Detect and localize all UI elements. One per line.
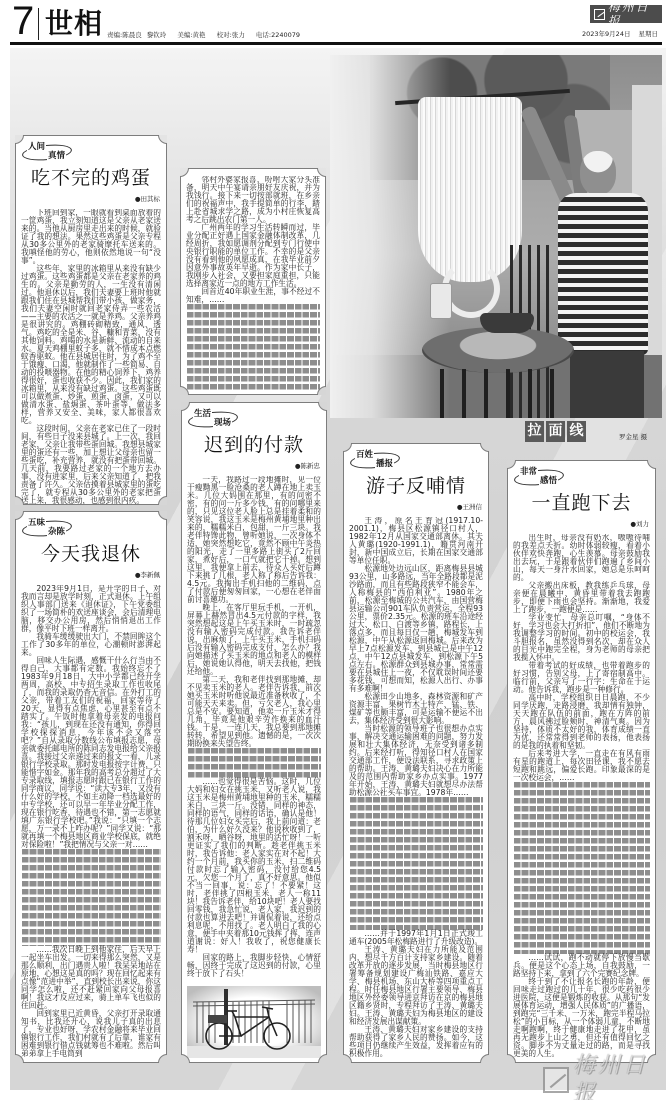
page-number: 7 — [12, 1, 34, 41]
article-retire[interactable]: 五味 杂陈 今天我退休 ●李新佩 2023年9月1日，是开学的日子，对我而言却是… — [15, 511, 167, 1063]
paragraph: 父亲搬出床板，教我练乒乓球，母亲便在晨曦中、黄昏里带着我去跑跑步，即便下雨也会坚… — [513, 582, 650, 614]
issue-date: 2023年9月24日 星期日 — [582, 30, 658, 38]
article-author: ●刘力 — [508, 520, 649, 529]
article-title: 一直跑下去 — [508, 492, 655, 514]
newspaper-watermark: 梅州日报 — [543, 1052, 672, 1100]
article-body: 一天，我路过一段地摊时，见一位干瘦黝黑一脸沧桑的老人蹲在地上卖玉米。几位大妈围在… — [182, 476, 326, 1062]
paragraph: 学业变忙，母亲总叮嘱，“身体不好，学习也会大打折扣”，他们不断地为我调整学习的时… — [513, 614, 650, 662]
paragraph: 高中时，学校组织日日晨跑，不少同学厌跑，走路浸磨，我却情有独钟，天天跑在队伍的前… — [513, 694, 650, 750]
photo-jug — [430, 283, 452, 319]
column-label: 人间 真情 — [22, 142, 76, 162]
paragraph: 王涛，原名王育冠(1917.10-2001.1)，梅县区松源镇径口村人，1982… — [349, 517, 483, 565]
article-body: 邻村外婆家报喜，吩咐大家分头准备，明天中午宴请亲朋好友庆祝，并为我饯行。接下来一… — [181, 176, 325, 394]
logo-text: 梅州日报 — [608, 0, 662, 28]
illegible-text — [187, 748, 321, 778]
paragraph: 这些年，家里的冰箱里从来没有缺少过鸡蛋。这些鸡蛋都是父亲在老家养的鸡生的。父亲是… — [21, 265, 161, 425]
paragraph: 2023年9月1日，是开学的日子，对我而言却是放学时刻，正式退休。上午组织人事部… — [21, 585, 161, 633]
article-title: 游子反哺情 — [344, 475, 488, 497]
illegible-text — [349, 797, 483, 930]
bicycle-photo — [187, 986, 321, 1058]
article-body: 出生时，母亲没有奶水，嗷嗷待哺的我差点夭折。幼时体弱较瘦，看着小伙伴欢快奔跑，心… — [508, 534, 655, 1062]
paragraph: ……也觉得很是苦恼。这时，几位大妈和妇女在挑玉米，又听老人说，我这玉米是梅州黄埔… — [187, 778, 321, 954]
paragraph: 第二天，我和老伴找到那地摊，却不见卖玉米的老人。老伴告诉我，前次她买玉米时听他说… — [187, 676, 321, 748]
column-label: 百姓 播报 — [350, 450, 404, 470]
section-title: 世相 — [45, 7, 103, 41]
paragraph: 下班回到家，一眼就看到桌面放着的一筐鸡蛋，我立刻知道这是父亲从老家送来的。当他从… — [21, 209, 161, 265]
photo-table-legs — [440, 369, 562, 418]
column-label: 生活 现场 — [188, 409, 242, 429]
paragraph: 我骑车缓缓驶出大门，不禁回眸这个工作了30多年的单位，心潮顿时澎湃起来。 — [21, 633, 161, 657]
article-body: 2023年9月1日，是开学的日子，对我而言却是放学时刻，正式退休。上午组织人事部… — [16, 585, 166, 1062]
article-body: 下班回到家，一眼就看到桌面放着的一筐鸡蛋，我立刻知道这是父亲从老家送来的。当他从… — [16, 209, 166, 504]
photo-man-head — [580, 151, 616, 195]
illegible-text — [513, 782, 650, 954]
date-text: 2023年9月24日 — [582, 30, 630, 38]
header-rule — [10, 42, 662, 45]
paragraph: 松源地处边远山区，距离梅县县城93公里，山多路远，当年全路段都是泥沙路面，而且有… — [349, 565, 483, 693]
article-title: 迟到的付款 — [182, 434, 326, 456]
paragraph: 王涛、黄璐夫妇对家乡建设的支持帮助获得了家乡人民的赞扬。如今，这些项目仍继续产生… — [349, 1026, 483, 1058]
credit-proofreader: 校对:张力 — [217, 31, 245, 39]
header-divider — [38, 8, 39, 40]
editorial-credits: 责编:陈晨良 黎钦玲 美编:黄艳 校对:张力 电话:2240079 — [107, 31, 306, 39]
illegible-text — [21, 849, 161, 946]
paragraph: 一天，我路过一段地摊时，见一位干瘦黝黑一脸沧桑的老人蹲在地上卖玉米。几位大妈围在… — [187, 476, 321, 604]
article-title: 今天我退休 — [16, 543, 166, 565]
article-running[interactable]: 非常 感悟 一直跑下去 ●刘力 出生时，母亲没有奶水，嗷嗷待哺的我差点夭折。幼时… — [507, 460, 656, 1063]
paragraph: 出生时，母亲没有奶水，嗷嗷待哺的我差点夭折。幼时体弱较瘦，看着小伙伴欢快奔跑，心… — [513, 534, 650, 582]
paragraph: ……并于1997年1月1日正式竣工通车(2005年松梅路进行了升级改造)。 — [349, 930, 483, 946]
credit-phone: 电话:2240079 — [256, 31, 300, 39]
paragraph: 邻村外婆家报喜，吩咐大家分头准备，明天中午宴请亲朋好友庆祝，并为我饯行。接下来一… — [186, 176, 320, 224]
paragraph: 王涛、黄璐夫妇在力所能及范围内，想尽千方百计支持家乡建设。随着改革开放的逐步发展… — [349, 946, 483, 1026]
photo-bowl — [480, 313, 534, 333]
paragraph: 回家的路上，我脚步轻快，心情舒畅，因终于完成了这迟到的付款，心里终于放下了石头！ — [187, 954, 321, 978]
photo-noodles — [418, 97, 522, 282]
paragraph: 当时松源的领导班子也很想办点实事，解决交通运输困难的问题，努力发展和壮大集体经济… — [349, 725, 483, 797]
paragraph: 晚上，在客厅里玩手机，一开机，屏幕上赫然冒出4.5元付款的字样，我突然想起这是上… — [187, 604, 321, 676]
photo-credit: 罗金星 摄 — [619, 433, 647, 441]
credit-editors: 责编:陈晨良 黎钦玲 — [107, 31, 166, 39]
paragraph: 回首近40年职业生涯，事不经过不知难，…… — [186, 288, 320, 304]
column-label: 五味 杂陈 — [22, 518, 76, 538]
article-author: ●田其标 — [16, 195, 160, 204]
photo-caption: 拉 面 线 — [525, 421, 586, 442]
newspaper-logo: 梅州日报 — [590, 5, 662, 23]
paragraph: 这段时间，父亲在老家已住了一段时间，有些日子没来县城了。上一次，我回老家，父亲让… — [21, 425, 161, 504]
weekday-text: 星期日 — [639, 30, 659, 38]
paragraph: 松源田少山地多，森林资源和矿产资源丰富，果树竹木土特产、锰、铁、煤矿等也颇丰富，… — [349, 693, 483, 725]
article-author: ●李新佩 — [16, 571, 160, 580]
logo-mark-icon — [594, 9, 605, 20]
paragraph: ……试试，跑不动就停下放慢当歇兵。便是这个心态上场，自我鼓励，一路坚持下来，拿到… — [513, 954, 650, 978]
photo-noodle-making[interactable] — [330, 55, 662, 418]
article-retire-continued[interactable]: 邻村外婆家报喜，吩咐大家分头准备，明天中午宴请亲朋好友庆祝，并为我饯行。接下来一… — [180, 168, 326, 395]
article-wanderer[interactable]: 百姓 播报 游子反哺情 ●王洲信 王涛，原名王育冠(1917.10-2001.1… — [343, 443, 489, 1063]
bicycle-icon — [187, 986, 321, 1058]
logo-mark-icon — [543, 1067, 569, 1093]
paragraph: 后来考进大学，一直走在有风有雨有星的跑道上，每次田径课，我不愿去短跑和跳远，偏爱… — [513, 750, 650, 782]
caption-char: 面 — [546, 421, 565, 442]
article-payment[interactable]: 生活 现场 迟到的付款 ●陈新忠 一天，我路过一段地摊时，见一位干瘦黝黑一脸沧桑… — [181, 402, 327, 1063]
paragraph: 回到家里已近黄昏，父亲打开录取通知书，比我还开心，说我儿子真的出息了，专业也好呀… — [21, 1010, 161, 1058]
article-body: 王涛，原名王育冠(1917.10-2001.1)，梅县区松源镇径口村人，1982… — [344, 517, 488, 1062]
paragraph: 广州两年的学习生活转瞬而过，毕业分配正好遇上国家金融体制改革，几经周折，我如愿调… — [186, 224, 320, 288]
column-label: 非常 感悟 — [514, 467, 568, 487]
paragraph: 终于到了不让报名长跑的年龄，便回味走过跑过的几十年，很少吃药很少进医院，这便是锻… — [513, 978, 650, 1058]
article-author: ●王洲信 — [344, 503, 482, 512]
paragraph: 回味人生际遇，感慨干什么行当由不得自己，大事都有定数。我始终忘不了1983年9月… — [21, 657, 161, 849]
paragraph: ……我次日晚上到他家住，后天早上一起坐车出发。一切来得那么突然，又是那么顺利，出… — [21, 946, 161, 1010]
credit-designer: 美编:黄艳 — [177, 31, 205, 39]
caption-char: 拉 — [525, 421, 544, 442]
watermark-text: 梅州日报 — [573, 1052, 672, 1100]
caption-char: 线 — [567, 421, 586, 442]
article-author: ●陈新忠 — [182, 462, 320, 471]
photo-man-striped-shirt — [558, 193, 648, 355]
illegible-text — [186, 304, 320, 390]
article-egg[interactable]: 人间 真情 吃不完的鸡蛋 ●田其标 下班回到家，一眼就看到桌面放着的一筐鸡蛋，我… — [15, 135, 167, 505]
paragraph: 带着考试的好成绩，也带着跑步的好习惯，告别父母，上了寄宿制高中。临行前，父亲写了… — [513, 662, 650, 694]
photo-table — [422, 327, 574, 373]
article-title: 吃不完的鸡蛋 — [16, 167, 166, 189]
photo-man-pants — [570, 351, 644, 418]
